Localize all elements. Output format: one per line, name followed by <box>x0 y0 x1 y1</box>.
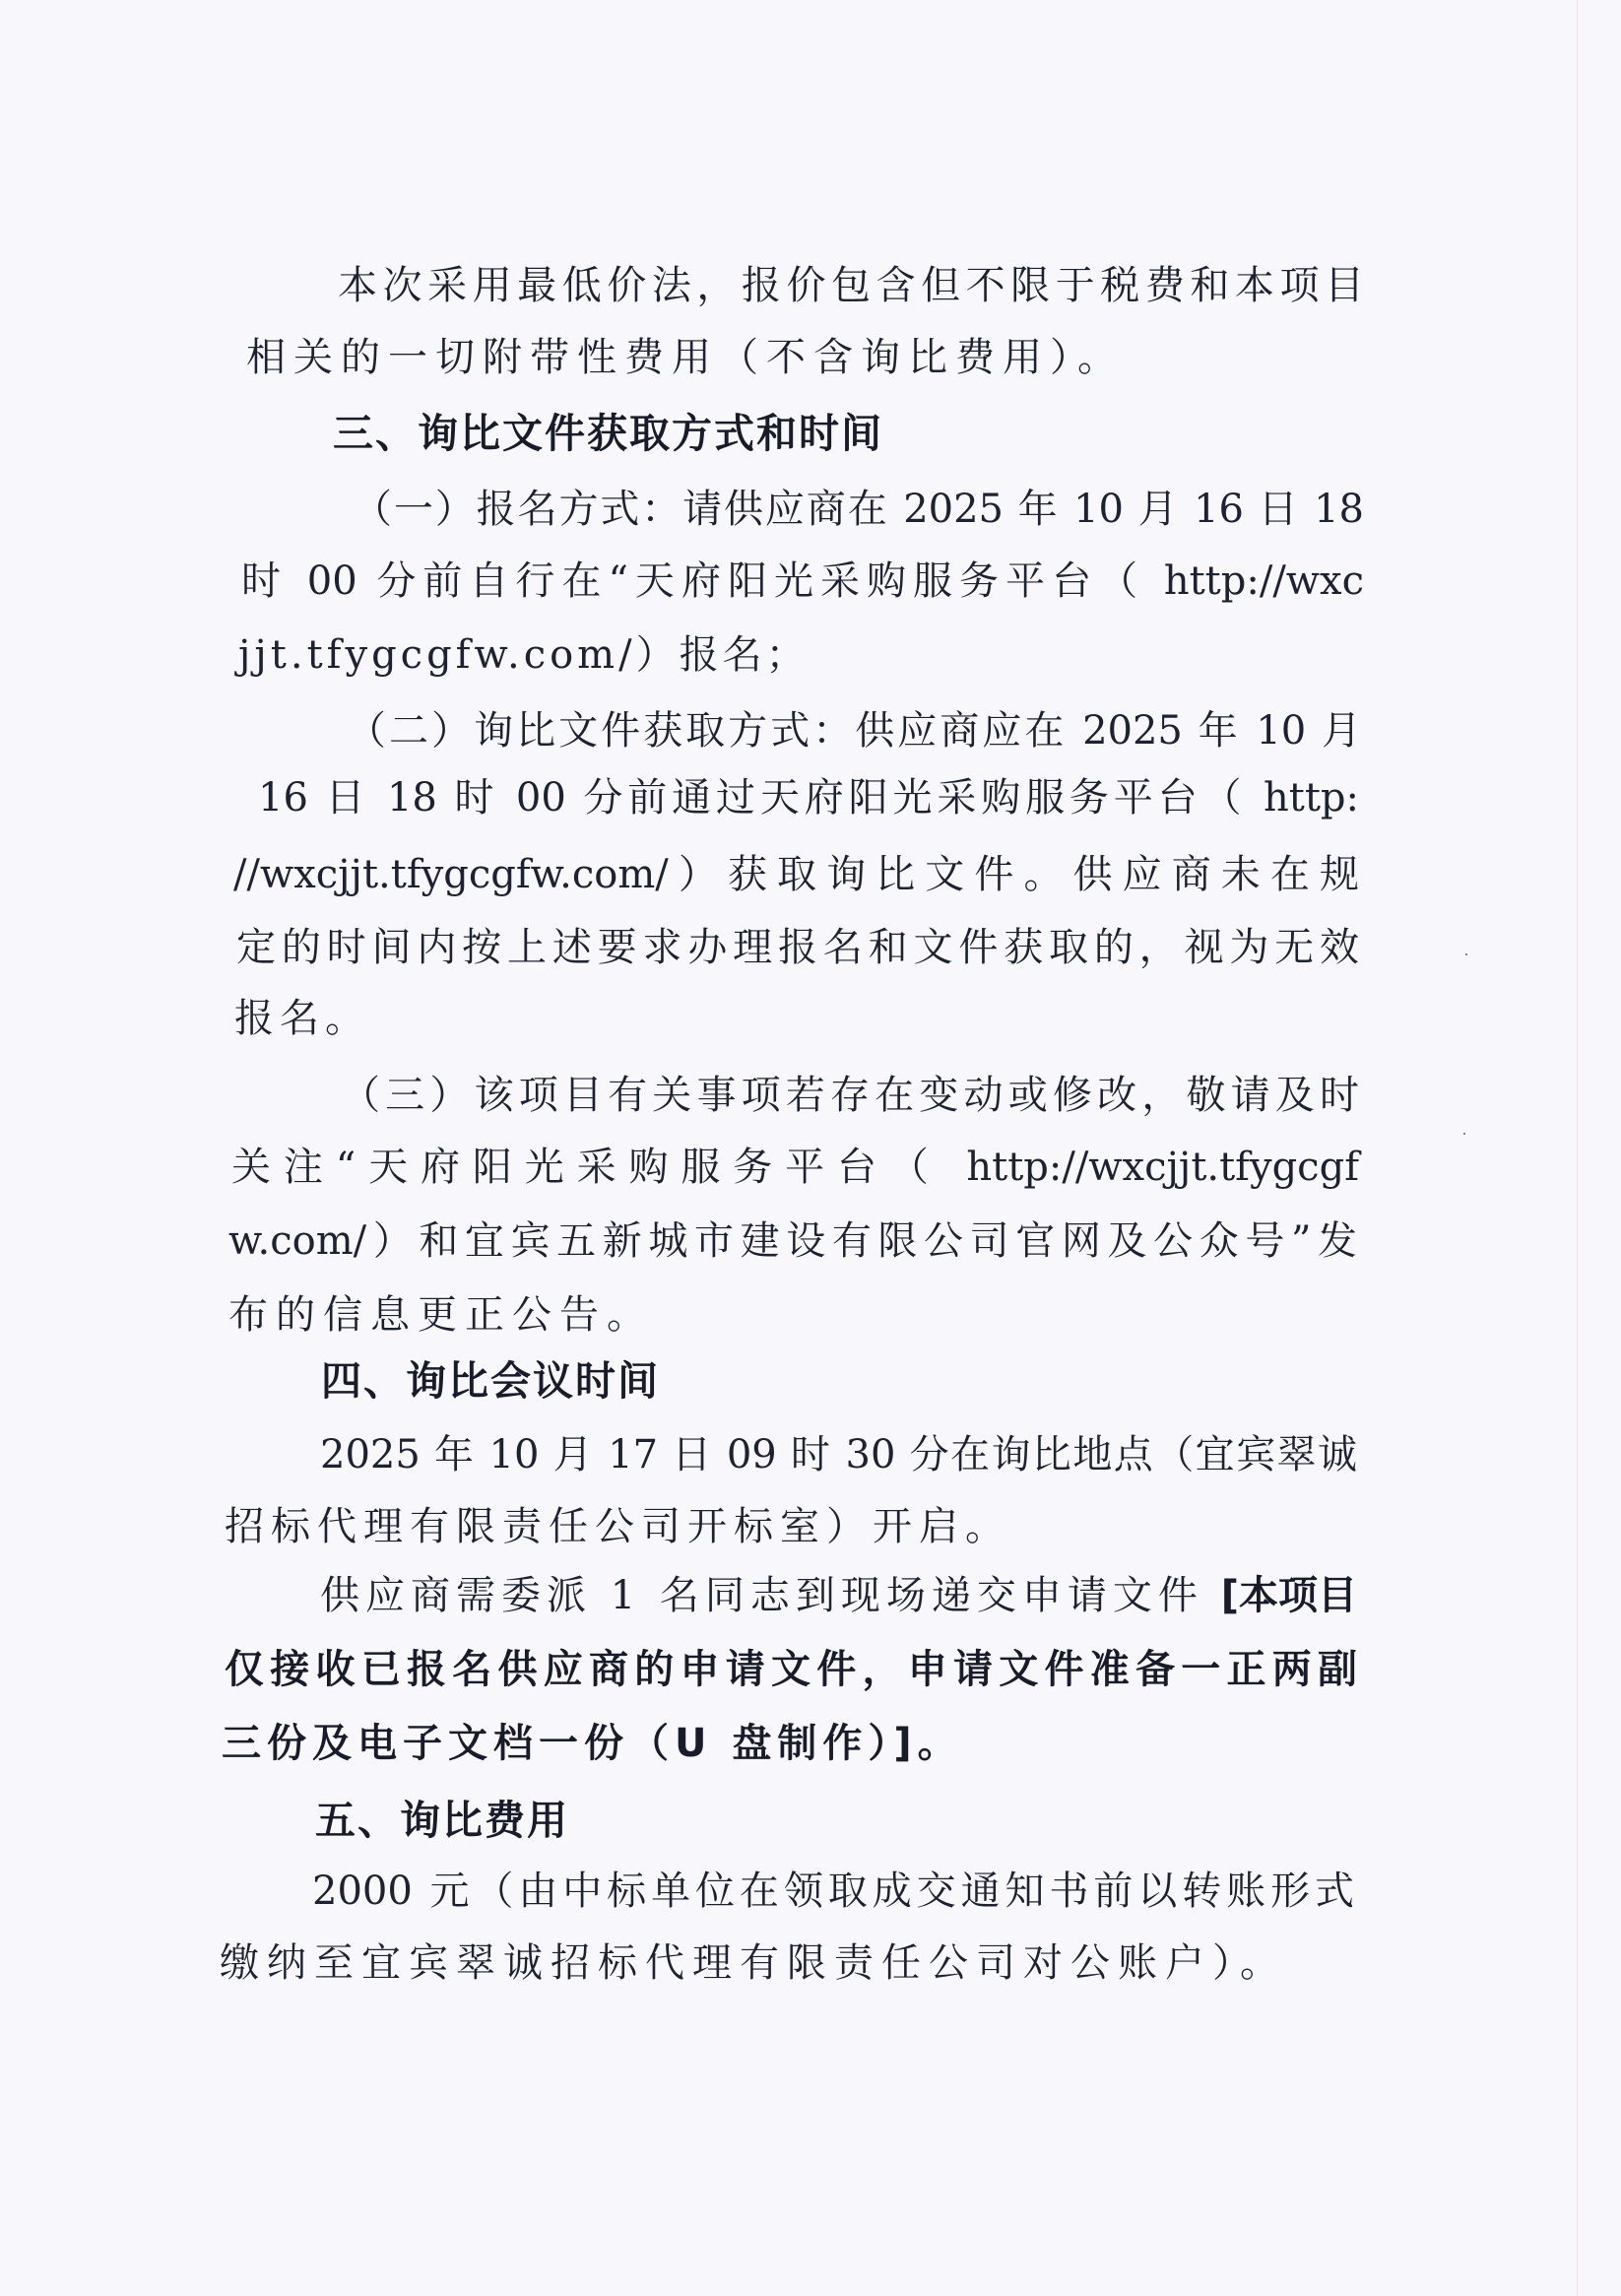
notice-line-2-bold: 仅接收已报名供应商的申请文件，申请文件准备一正两副 <box>225 1642 1357 1697</box>
item-3-line-4: 布的信息更正公告。 <box>228 1287 654 1343</box>
item-1-line-2: 时 00 分前自行在“天府阳光采购服务平台（ http://wxc <box>241 554 1364 609</box>
item-2-line-4: 定的时间内按上述要求办理报名和文件获取的，视为无效 <box>236 920 1359 975</box>
item-3-line-3: w.com/）和宜宾五新城市建设有限公司官网及公众号”发 <box>228 1214 1357 1269</box>
item-1-line-3: jjt.tfygcgfw.com/）报名； <box>238 627 810 683</box>
item-1-line-1: （一）报名方式：请供应商在 2025 年 10 月 16 日 18 <box>353 482 1364 537</box>
meeting-line-2: 招标代理有限责任公司开标室）开启。 <box>225 1499 1011 1554</box>
item-3-line-2: 关注“天府阳光采购服务平台（ http://wxcjjt.tfygcgf <box>231 1140 1359 1195</box>
scan-speck <box>1465 953 1467 955</box>
scan-edge-line <box>1577 0 1578 2296</box>
notice-line-1: 供应商需委派 1 名同志到现场递交申请文件 [本项目 <box>320 1568 1357 1623</box>
notice-line-1-bold: [本项目 <box>1221 1568 1357 1623</box>
section-heading-4: 四、询比会议时间 <box>321 1353 660 1409</box>
notice-line-1-normal: 供应商需委派 1 名同志到现场递交申请文件 <box>320 1568 1203 1623</box>
item-2-line-1: （二）询比文件获取方式：供应商应在 2025 年 10 月 <box>347 703 1361 758</box>
item-2-line-2: 16 日 18 时 00 分前通过天府阳光采购服务平台（ http: <box>258 770 1359 825</box>
item-3-line-1: （三）该项目有关事项若存在变动或修改，敬请及时 <box>341 1068 1359 1123</box>
section-heading-5: 五、询比费用 <box>315 1793 569 1848</box>
paragraph-pricing-line-1: 本次采用最低价法，报价包含但不限于税费和本项目 <box>338 258 1364 313</box>
fee-line-2: 缴纳至宜宾翠诚招标代理有限责任公司对公账户）。 <box>220 1935 1287 1991</box>
paragraph-pricing-line-2: 相关的一切附带性费用（不含询比费用）。 <box>246 330 1192 385</box>
item-2-line-5: 报名。 <box>234 991 370 1046</box>
item-2-line-3: //wxcjjt.tfygcgfw.com/）获取询比文件。供应商未在规 <box>233 847 1359 902</box>
notice-line-3-bold: 三份及电子文档一份（U 盘制作）]。 <box>222 1716 963 1771</box>
section-heading-3: 三、询比文件获取方式和时间 <box>333 406 883 461</box>
meeting-line-1: 2025 年 10 月 17 日 09 时 30 分在询比地点（宜宾翠诚 <box>320 1427 1357 1482</box>
fee-line-1: 2000 元（由中标单位在领取成交通知书前以转账形式 <box>312 1864 1354 1919</box>
scanned-document-page: 本次采用最低价法，报价包含但不限于税费和本项目 相关的一切附带性费用（不含询比费… <box>0 0 1621 2296</box>
scan-speck <box>1463 1133 1465 1135</box>
